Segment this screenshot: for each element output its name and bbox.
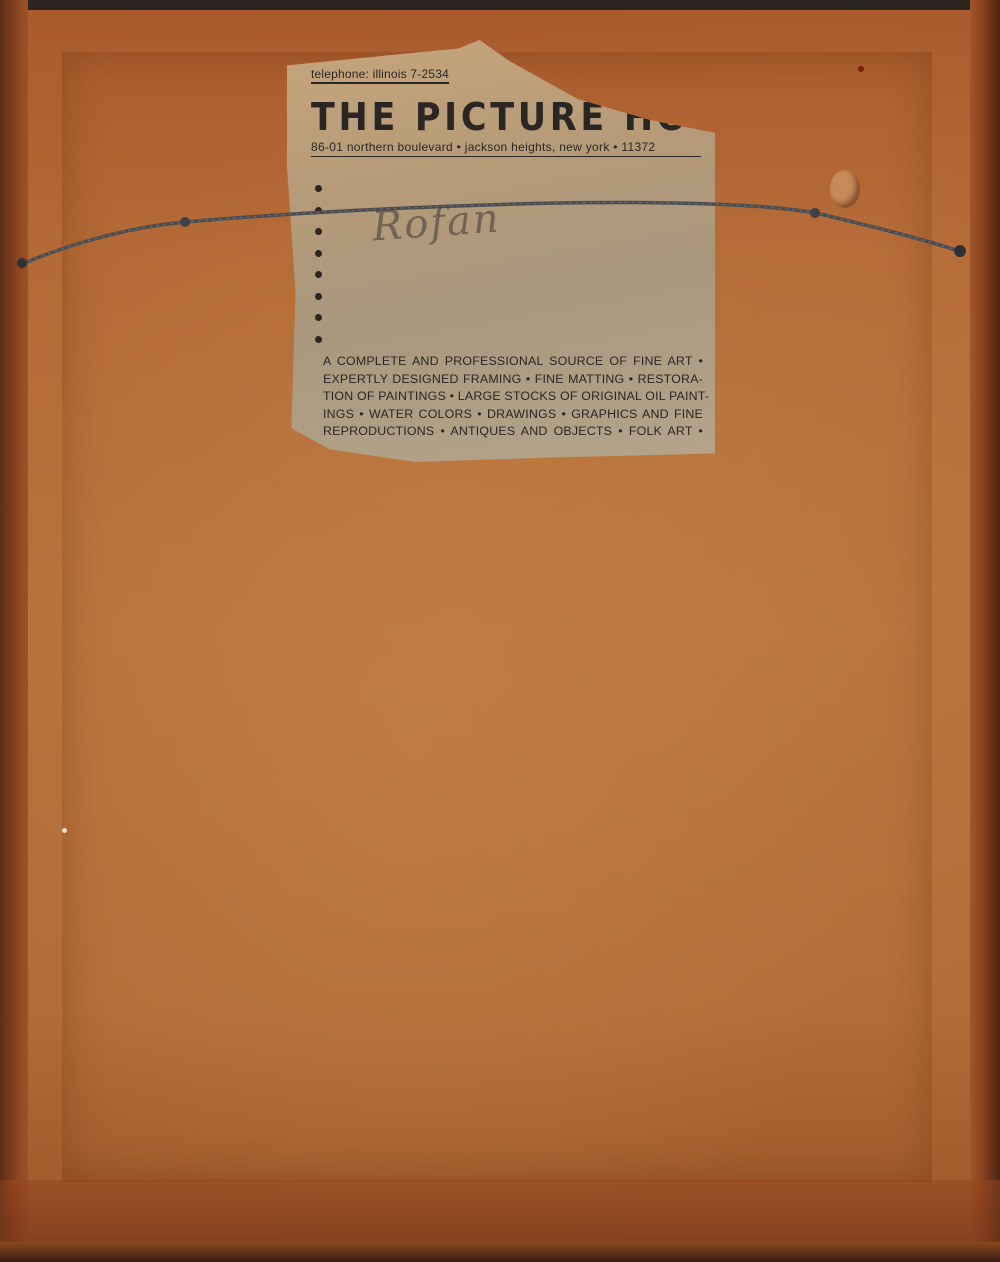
- handwritten-signature: Rofan: [371, 196, 503, 251]
- label-services: A COMPLETE AND PROFESSIONAL SOURCE OF FI…: [323, 353, 703, 441]
- services-line: INGS • WATER COLORS • DRAWINGS • GRAPHIC…: [323, 406, 703, 424]
- services-line: REPRODUCTIONS • ANTIQUES AND OBJECTS • F…: [323, 423, 703, 441]
- binder-hole: [315, 314, 322, 321]
- label-telephone: telephone: illinois 7-2534: [311, 67, 449, 84]
- frame-bottom-rail: [0, 1180, 1000, 1250]
- nail-hole: [858, 66, 864, 72]
- frame-back-photo: telephone: illinois 7-2534 THE PICTURE H…: [0, 0, 1000, 1262]
- frame-left-edge: [0, 0, 28, 1262]
- binder-holes: [315, 185, 322, 357]
- frame-top-edge: [0, 0, 1000, 10]
- services-line: EXPERTLY DESIGNED FRAMING • FINE MATTING…: [323, 371, 703, 389]
- label-address: 86-01 northern boulevard • jackson heigh…: [311, 140, 701, 157]
- binder-hole: [315, 271, 322, 278]
- binder-hole: [315, 250, 322, 257]
- frame-right-edge: [970, 0, 1000, 1262]
- services-line: A COMPLETE AND PROFESSIONAL SOURCE OF FI…: [323, 353, 703, 371]
- paint-speck: [62, 828, 67, 833]
- paper-tear: [830, 170, 860, 208]
- binder-hole: [315, 293, 322, 300]
- binder-hole: [315, 185, 322, 192]
- binder-hole: [315, 228, 322, 235]
- binder-hole: [315, 207, 322, 214]
- wire-eyelet-right: [954, 245, 966, 257]
- frame-bottom-edge: [0, 1242, 1000, 1262]
- binder-hole: [315, 336, 322, 343]
- services-line: TION OF PAINTINGS • LARGE STOCKS OF ORIG…: [323, 388, 703, 406]
